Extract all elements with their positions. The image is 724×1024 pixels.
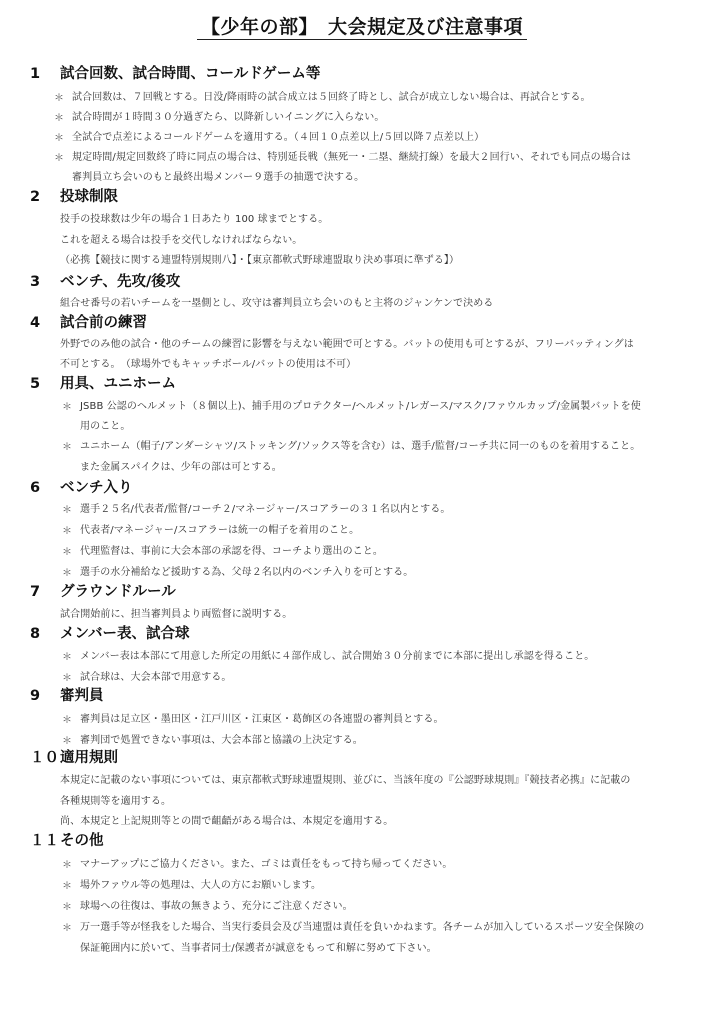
section-9-item-1: 審判員は足立区・墨田区・江戸川区・江東区・葛飾区の各連盟の審判員とする。 (80, 710, 444, 725)
section-2-line-3: （必携【競技に関する連盟特別規則八】・【東京都軟式野球連盟取り決め事項に準ずる】… (60, 251, 459, 266)
section-5-item-2-cont: また金属スパイクは、少年の部は可とする。 (80, 458, 282, 473)
section-4-line-1: 外野でのみ他の試合・他のチームの練習に影響を与えない範囲で可とする。バットの使用… (60, 335, 634, 350)
section-2-line-2: これを超える場合は投手を交代しなければならない。 (60, 231, 302, 246)
section-1-item-4-cont: 審判員立ち会いのもと最終出場メンバー９選手の抽選で決する。 (72, 168, 364, 183)
bullet-icon: ＊ (62, 522, 72, 537)
section-heading-2: 2投球制限 (30, 185, 118, 206)
section-8-item-2: 試合球は、大会本部で用意する。 (80, 668, 232, 683)
section-2-line-1: 投手の投球数は少年の場合１日あたり 100 球までとする。 (60, 210, 328, 225)
section-heading-10: １０適用規則 (30, 746, 118, 767)
section-10-line-1: 本規定に記載のない事項については、東京都軟式野球連盟規則、並びに、当該年度の『公… (60, 771, 631, 786)
section-11-item-4: 万一選手等が怪我をした場合、当実行委員会及び当連盟は責任を負いかねます。各チーム… (80, 918, 644, 933)
section-9-item-2: 審判団で処置できない事項は、大会本部と協議の上決定する。 (80, 731, 363, 746)
section-1-item-3: 全試合で点差によるコールドゲームを適用する。（４回１０点差以上/５回以降７点差以… (72, 128, 484, 143)
section-1-item-2: 試合時間が１時間３０分過ぎたら、以降新しいイニングに入らない。 (72, 108, 385, 123)
bullet-icon: ＊ (54, 149, 64, 164)
bullet-icon: ＊ (62, 711, 72, 726)
bullet-icon: ＊ (62, 564, 72, 579)
section-3-line-1: 組合せ番号の若いチームを一塁側とし、攻守は審判員立ち会いのもと主将のジャンケンで… (60, 294, 493, 309)
section-6-item-2: 代表者/マネージャー/スコアラーは統一の帽子を着用のこと。 (80, 521, 359, 536)
section-7-line-1: 試合開始前に、担当審判員より両監督に説明する。 (60, 605, 292, 620)
section-heading-6: 6ベンチ入り (30, 476, 133, 497)
bullet-icon: ＊ (62, 669, 72, 684)
section-heading-3: 3ベンチ、先攻/後攻 (30, 270, 180, 291)
section-10-line-2: 各種規則等を適用する。 (60, 792, 171, 807)
section-heading-11: １１その他 (30, 829, 104, 850)
bullet-icon: ＊ (62, 501, 72, 516)
bullet-icon: ＊ (54, 129, 64, 144)
bullet-icon: ＊ (62, 732, 72, 747)
section-11-item-1: マナーアップにご協力ください。また、ゴミは責任をもって持ち帰ってください。 (80, 855, 453, 870)
section-4-line-2: 不可とする。 （球場外でもキャッチボール/バットの使用は不可） (60, 355, 356, 370)
section-heading-1: 1試合回数、試合時間、コールドゲーム等 (30, 62, 320, 83)
section-11-item-3: 球場への往復は、事故の無きよう、充分にご注意ください。 (80, 897, 353, 912)
section-heading-7: 7グラウンドルール (30, 580, 176, 601)
document-page: 【少年の部】 大会規定及び注意事項 1試合回数、試合時間、コールドゲーム等 ＊ … (0, 0, 724, 1024)
section-10-line-3: 尚、本規定と上記規則等との間で齟齬がある場合は、本規定を適用する。 (60, 812, 393, 827)
section-1-item-1: 試合回数は、７回戦とする。日没/降雨時の試合成立は５回終了時とし、試合が成立しな… (72, 88, 591, 103)
section-6-item-3: 代理監督は、事前に大会本部の承認を得、コーチより選出のこと。 (80, 542, 383, 557)
section-8-item-1: メンバー表は本部にて用意した所定の用紙に４部作成し、試合開始３０分前までに本部に… (80, 647, 594, 662)
section-6-item-1: 選手２５名/代表者/監督/コーチ２/マネージャー/スコアラーの３１名以内とする。 (80, 500, 450, 515)
section-11-item-2: 場外ファウル等の処理は、大人の方にお願いします。 (80, 876, 321, 891)
document-title: 【少年の部】 大会規定及び注意事項 (0, 12, 724, 39)
bullet-icon: ＊ (62, 398, 72, 413)
section-heading-8: 8メンバー表、試合球 (30, 622, 189, 643)
bullet-icon: ＊ (62, 648, 72, 663)
section-5-item-1: JSBB 公認のヘルメット（８個以上)、捕手用のプロテクター/ヘルメット/レガー… (80, 397, 641, 412)
bullet-icon: ＊ (62, 898, 72, 913)
bullet-icon: ＊ (62, 543, 72, 558)
section-6-item-4: 選手の水分補給など援助する為、父母２名以内のベンチ入りを可とする。 (80, 563, 413, 578)
section-11-item-4-cont: 保証範囲内に於いて、当事者同士/保護者が誠意をもって和解に努めて下さい。 (80, 939, 437, 954)
bullet-icon: ＊ (54, 89, 64, 104)
bullet-icon: ＊ (62, 877, 72, 892)
bullet-icon: ＊ (62, 919, 72, 934)
section-heading-9: 9審判員 (30, 684, 104, 705)
section-heading-4: 4試合前の練習 (30, 311, 147, 332)
bullet-icon: ＊ (62, 438, 72, 453)
section-5-item-2: ユニホーム（帽子/アンダーシャツ/ストッキング/ソックス等を含む）は、選手/監督… (80, 437, 640, 452)
section-5-item-1-cont: 用のこと。 (80, 417, 131, 432)
bullet-icon: ＊ (62, 856, 72, 871)
section-heading-5: 5用具、ユニホーム (30, 372, 176, 393)
section-1-item-4: 規定時間/規定回数終了時に同点の場合は、特別延長戦（無死一・二塁、継続打線）を最… (72, 148, 631, 163)
bullet-icon: ＊ (54, 109, 64, 124)
